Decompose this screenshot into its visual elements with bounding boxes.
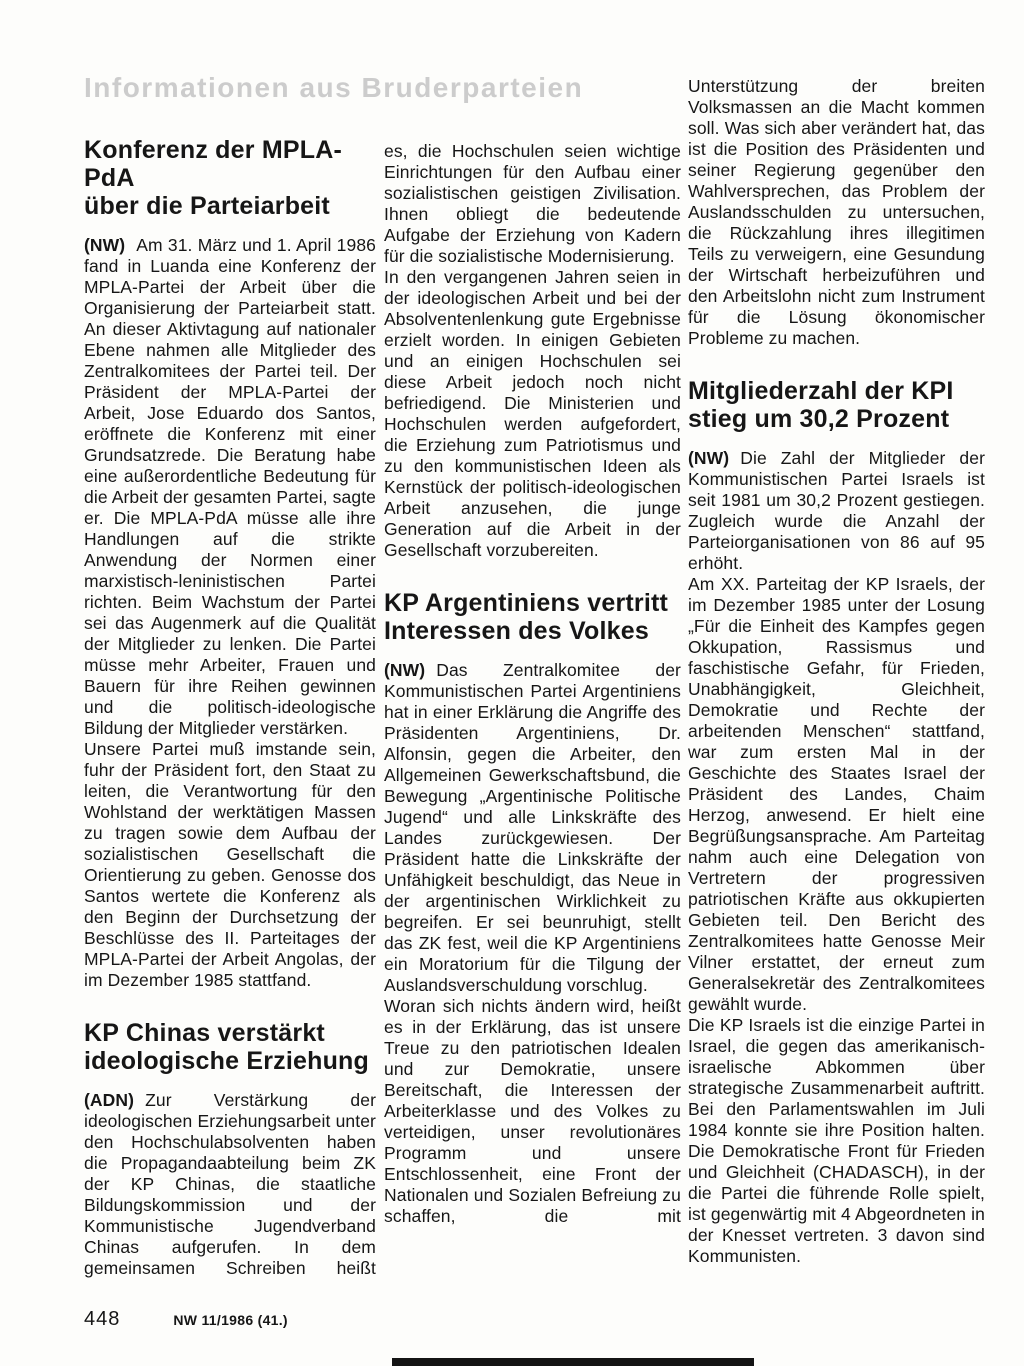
article-heading: Konferenz der MPLA-PdA über die Parteiar… [84, 136, 376, 220]
paragraph-text: Zur Verstärkung der ideologischen Erzieh… [84, 1090, 376, 1278]
text-column-3: Unterstützung der breiten Volksmassen an… [688, 0, 985, 1267]
paragraph-text: Die Zahl der Mitglieder der Kommunistisc… [688, 448, 985, 573]
page-number: 448 [84, 1308, 120, 1331]
paragraph-text: Das Zentralkomitee der Kommunistischen P… [384, 660, 681, 995]
article-paragraph: Die KP Israels ist die einzige Partei in… [688, 1015, 985, 1267]
article-paragraph: es, die Hochschulen seien wichtige Einri… [384, 141, 681, 267]
article-paragraph: (NW)Das Zentralkomitee der Kommunistisch… [384, 660, 681, 996]
article-paragraph: In den vergangenen Jahren seien in der i… [384, 267, 681, 561]
paragraph-text: Am 31. März und 1. April 1986 fand in Lu… [84, 235, 376, 738]
press-agency-tag: (NW) [84, 235, 125, 255]
magazine-page: Informationen aus Bruderparteien Konfere… [0, 0, 1024, 1366]
paragraph-text: Am XX. Parteitag der KP Israels, der im … [688, 574, 985, 1014]
press-agency-tag: (NW) [688, 448, 729, 468]
article-paragraph: Am XX. Parteitag der KP Israels, der im … [688, 574, 985, 1015]
paragraph-text: es, die Hochschulen seien wichtige Einri… [384, 141, 681, 266]
paragraph-text: Woran sich nichts ändern wird, heißt es … [384, 996, 681, 1226]
article-paragraph: (NW)Am 31. März und 1. April 1986 fand i… [84, 235, 376, 739]
article-paragraph: (ADN)Zur Verstärkung der ideologischen E… [84, 1090, 376, 1279]
paragraph-text: In den vergangenen Jahren seien in der i… [384, 267, 681, 560]
text-column-2: es, die Hochschulen seien wichtige Einri… [384, 0, 681, 1227]
article-paragraph: Unsere Partei muß imstande sein, fuhr de… [84, 739, 376, 991]
paragraph-text: Unterstützung der breiten Volksmassen an… [688, 76, 985, 348]
article-heading: KP Argentiniens vertritt Interessen des … [384, 589, 681, 645]
article-paragraph: Unterstützung der breiten Volksmassen an… [688, 76, 985, 349]
press-agency-tag: (NW) [384, 660, 425, 680]
text-column-1: Konferenz der MPLA-PdA über die Parteiar… [84, 0, 376, 1279]
article-heading: KP Chinas verstärkt ideologische Erziehu… [84, 1019, 376, 1075]
paragraph-text: Unsere Partei muß imstande sein, fuhr de… [84, 739, 376, 990]
issue-label: NW 11/1986 (41.) [173, 1312, 288, 1328]
scan-artifact-bar [392, 1358, 754, 1366]
paragraph-text: Die KP Israels ist die einzige Partei in… [688, 1015, 985, 1266]
article-heading: Mitgliederzahl der KPI stieg um 30,2 Pro… [688, 377, 985, 433]
press-agency-tag: (ADN) [84, 1090, 134, 1110]
page-footer: 448 NW 11/1986 (41.) [84, 1308, 684, 1331]
article-paragraph: Woran sich nichts ändern wird, heißt es … [384, 996, 681, 1227]
article-paragraph: (NW)Die Zahl der Mitglieder der Kommunis… [688, 448, 985, 574]
